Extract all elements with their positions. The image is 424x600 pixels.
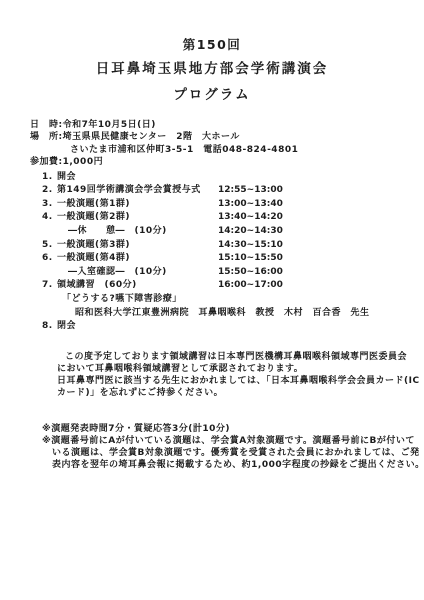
program-item-time: 15:50~16:00: [218, 266, 283, 280]
program-row-session1: 3. 一般演題(第1群) 13:00~13:40: [30, 198, 394, 212]
program-row-session3: 5. 一般演題(第3群) 14:30~15:10: [30, 239, 394, 253]
approval-line: この度予定しております領域講習は日本専門医機構耳鼻咽喉科領域専門医委員会: [57, 351, 394, 363]
document-title-block: 第150回 日耳鼻埼玉県地方部会学術講演会 プログラム: [30, 37, 394, 103]
venue-value: 埼玉県県民健康センター 2階 大ホール: [63, 132, 240, 142]
footnote-award-info-line: いる演題は、学会賞B対象演題です。優秀賞を受賞された会員におかれましては、ご発: [42, 447, 394, 459]
program-item-label: 開会: [57, 171, 218, 185]
program-row-closing: 8. 閉会: [30, 320, 394, 334]
program-item-number: 5.: [42, 239, 57, 253]
program-item-label: 第149回学術講演会学会賞授与式: [57, 184, 218, 198]
fee-row: 参加費:1,000円: [30, 156, 394, 168]
program-item-time: 14:30~15:10: [218, 239, 283, 253]
event-info-block: 日 時:令和7年10月5日(日) 場 所:埼玉県県民健康センター 2階 大ホール…: [30, 119, 394, 169]
program-row-break: ―休 憩― (10分) 14:20~14:30: [30, 225, 394, 239]
program-row-session4: 6. 一般演題(第4群) 15:10~15:50: [30, 252, 394, 266]
program-item-label: 一般演題(第3群): [57, 239, 218, 253]
program-item-time: 15:10~15:50: [218, 252, 283, 266]
program-item-time: 12:55~13:00: [218, 184, 283, 198]
footnote-award-info-line: 表内容を翌年の埼耳鼻会報に掲載するため、約1,000字程度の抄録をご提出ください…: [42, 459, 394, 471]
title-session-number: 第150回: [30, 37, 394, 52]
program-item-number: 8.: [42, 320, 57, 334]
lecture-title: 「どうする?嚥下障害診療」: [62, 293, 394, 307]
program-row-specialty-lecture: 7. 領域講習 (60分) 16:00~17:00: [30, 279, 394, 293]
program-item-time: 13:40~14:20: [218, 211, 283, 225]
program-row-award-ceremony: 2. 第149回学術講演会学会賞授与式 12:55~13:00: [30, 184, 394, 198]
program-item-label: ―休 憩― (10分): [57, 225, 218, 239]
footnotes-block: ※演題発表時間7分・質疑応答3分(計10分) ※演題番号前にAが付いている演題は…: [42, 423, 394, 472]
venue-address-row: さいたま市浦和区仲町3-5-1 電話048-824-4801: [30, 144, 394, 156]
footnote-award-info-line: ※演題番号前にAが付いている演題は、学会賞A対象演題です。演題番号前にBが付いて: [42, 435, 394, 447]
title-program-word: プログラム: [30, 88, 394, 103]
program-item-label: 領域講習 (60分): [57, 279, 218, 293]
program-item-label: 一般演題(第1群): [57, 198, 218, 212]
venue-address: さいたま市浦和区仲町3-5-1 電話048-824-4801: [70, 145, 298, 155]
approval-note: この度予定しております領域講習は日本専門医機構耳鼻咽喉科領域専門医委員会 におい…: [57, 351, 394, 400]
program-item-label: 一般演題(第4群): [57, 252, 218, 266]
fee-label: 参加費:: [30, 157, 63, 167]
date-value: 令和7年10月5日(日): [63, 120, 156, 130]
approval-line: 日耳鼻専門医に該当する先生におかれましては、「日本耳鼻咽喉科学会会員カード(IC: [57, 375, 394, 387]
footnote-presentation-time: ※演題発表時間7分・質疑応答3分(計10分): [42, 423, 394, 435]
program-item-time: 13:00~13:40: [218, 198, 283, 212]
program-item-number: 2.: [42, 184, 57, 198]
lecture-speaker: 昭和医科大学江東豊洲病院 耳鼻咽喉科 教授 木村 百合香 先生: [75, 307, 394, 321]
program-item-number: 3.: [42, 198, 57, 212]
program-item-number: 4.: [42, 211, 57, 225]
program-item-time: 14:20~14:30: [218, 225, 283, 239]
program-item-number: 1.: [42, 171, 57, 185]
venue-row: 場 所:埼玉県県民健康センター 2階 大ホール: [30, 131, 394, 143]
date-row: 日 時:令和7年10月5日(日): [30, 119, 394, 131]
fee-value: 1,000円: [63, 157, 103, 167]
title-event-name: 日耳鼻埼玉県地方部会学術講演会: [30, 62, 394, 77]
venue-label: 場 所:: [30, 132, 63, 142]
program-item-label: 一般演題(第2群): [57, 211, 218, 225]
approval-line: カード)」を忘れずにご持参ください。: [57, 387, 394, 399]
date-label: 日 時:: [30, 120, 63, 130]
program-item-number: [42, 266, 57, 280]
approval-line: において耳鼻咽喉科領域講習として承認されております。: [57, 363, 394, 375]
program-item-number: 6.: [42, 252, 57, 266]
program-row-session2: 4. 一般演題(第2群) 13:40~14:20: [30, 211, 394, 225]
program-document-page: 第150回 日耳鼻埼玉県地方部会学術講演会 プログラム 日 時:令和7年10月5…: [0, 0, 424, 600]
program-item-label: ―入室確認― (10分): [57, 266, 218, 280]
program-item-number: 7.: [42, 279, 57, 293]
program-item-label: 閉会: [57, 320, 218, 334]
program-item-number: [42, 225, 57, 239]
program-item-time: 16:00~17:00: [218, 279, 283, 293]
program-row-entry-check: ―入室確認― (10分) 15:50~16:00: [30, 266, 394, 280]
program-list: 1. 開会 2. 第149回学術講演会学会賞授与式 12:55~13:00 3.…: [30, 171, 394, 334]
program-row-opening: 1. 開会: [30, 171, 394, 185]
